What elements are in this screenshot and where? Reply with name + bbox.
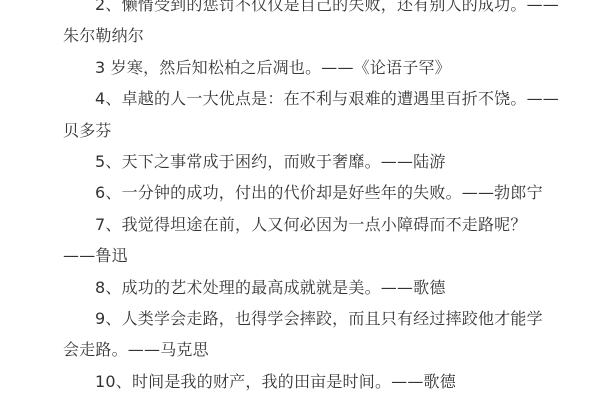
quote-10-line: 10、时间是我的财产，我的田亩是时间。——歌德 (63, 366, 539, 397)
quote-3-line: 3 岁寒，然后知松柏之后凋也。——《论语子罕》 (63, 52, 539, 83)
quotes-text-block: 2、懒惰受到的惩罚不仅仅是自己的失败，还有别人的成功。—— 朱尔勒纳尔 3 岁寒… (63, 0, 539, 397)
quote-9-line-1: 9、人类学会走路，也得学会摔跤，而且只有经过摔跤他才能学 (63, 303, 539, 334)
quote-9-line-2: 会走路。——马克思 (63, 334, 539, 365)
quote-7-author: ——鲁迅 (63, 240, 539, 271)
quote-2-author: 朱尔勒纳尔 (63, 20, 539, 51)
quote-8-line: 8、成功的艺术处理的最高成就就是美。——歌德 (63, 272, 539, 303)
quote-2-text-line: 2、懒惰受到的惩罚不仅仅是自己的失败，还有别人的成功。—— (63, 0, 539, 20)
quote-4-text-line: 4、卓越的人一大优点是：在不利与艰难的遭遇里百折不饶。—— (63, 83, 539, 114)
quote-7-text-line: 7、我觉得坦途在前，人又何必因为一点小障碍而不走路呢？ (63, 209, 539, 240)
quote-4-author: 贝多芬 (63, 115, 539, 146)
document-page: 2、懒惰受到的惩罚不仅仅是自己的失败，还有别人的成功。—— 朱尔勒纳尔 3 岁寒… (0, 0, 600, 400)
quote-5-line: 5、天下之事常成于困约，而败于奢靡。——陆游 (63, 146, 539, 177)
quote-6-line: 6、一分钟的成功，付出的代价却是好些年的失败。——勃郎宁 (63, 177, 539, 208)
